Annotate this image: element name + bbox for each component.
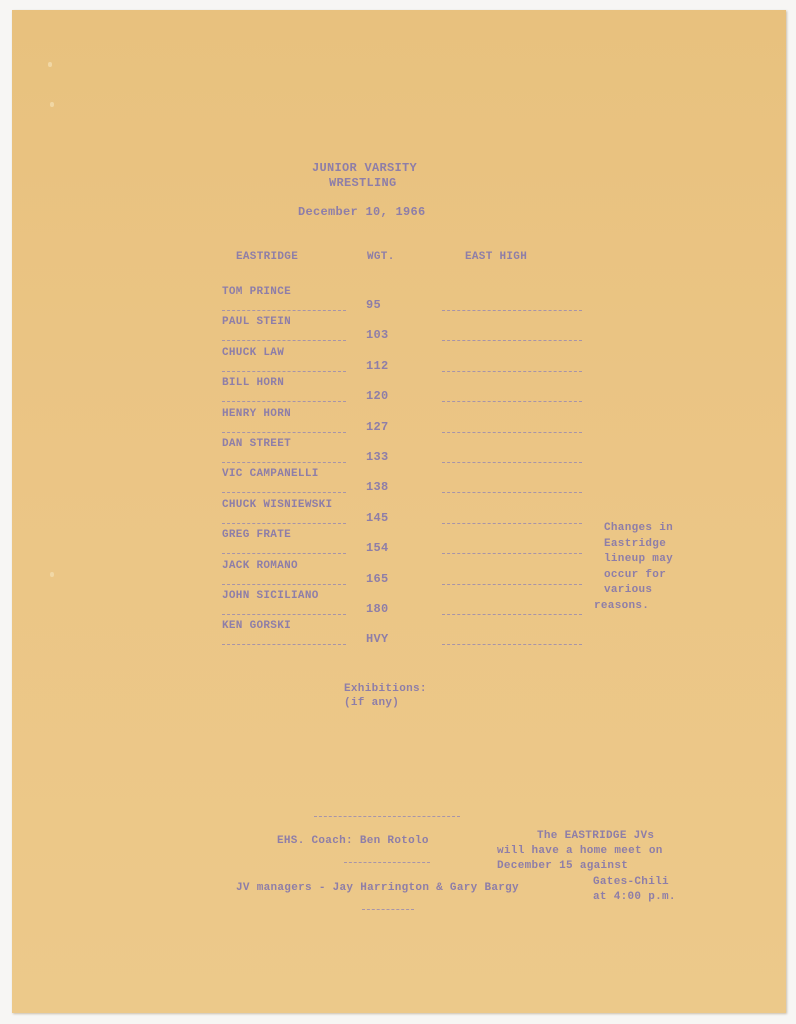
next-meet-line: Gates-Chili [593,876,669,888]
opponent-blank-line [442,401,582,402]
wrestler-name: JOHN SICILIANO [222,590,319,602]
side-note-line: reasons. [594,600,649,612]
side-note-line: various [604,584,652,596]
name-underline [222,614,346,615]
side-note-line: occur for [604,569,666,581]
punch-mark [48,62,52,67]
opponent-blank-line [442,553,582,554]
wrestler-name: TOM PRINCE [222,286,291,298]
next-meet-line: will have a home meet on [497,845,663,857]
weight-class: 103 [366,328,389,342]
column-header-weight: WGT. [367,251,395,263]
managers-line: JV managers - Jay Harrington & Gary Barg… [236,882,519,894]
name-underline [222,584,346,585]
name-underline [222,401,346,402]
side-note-line: Eastridge [604,538,666,550]
weight-class: 154 [366,541,389,555]
exhibitions-sub: (if any) [344,697,399,709]
punch-mark [50,102,54,107]
weight-class: 95 [366,298,381,312]
coach-line: EHS. Coach: Ben Rotolo [277,835,429,847]
opponent-blank-line [442,462,582,463]
wrestler-name: BILL HORN [222,377,284,389]
opponent-blank-line [442,614,582,615]
next-meet-line: at 4:00 p.m. [593,891,676,903]
opponent-blank-line [442,492,582,493]
wrestler-name: CHUCK WISNIEWSKI [222,499,332,511]
name-underline [222,310,346,311]
side-note-line: Changes in [604,522,673,534]
wrestler-name: GREG FRATE [222,529,291,541]
next-meet-line: The EASTRIDGE JVs [537,830,654,842]
opponent-blank-line [442,523,582,524]
name-underline [222,432,346,433]
signature-line [314,816,460,817]
weight-class: HVY [366,632,389,646]
wrestler-name: JACK ROMANO [222,560,298,572]
weight-class: 180 [366,602,389,616]
weight-class: 127 [366,420,389,434]
name-underline [222,492,346,493]
wrestler-name: HENRY HORN [222,408,291,420]
divider [344,862,430,863]
wrestler-name: DAN STREET [222,438,291,450]
weight-class: 145 [366,511,389,525]
opponent-blank-line [442,644,582,645]
wrestler-name: KEN GORSKI [222,620,291,632]
opponent-blank-line [442,584,582,585]
name-underline [222,523,346,524]
name-underline [222,553,346,554]
name-underline [222,340,346,341]
opponent-blank-line [442,340,582,341]
exhibitions-label: Exhibitions: [344,683,427,695]
weight-class: 165 [366,572,389,586]
weight-class: 120 [366,389,389,403]
name-underline [222,644,346,645]
weight-class: 138 [366,480,389,494]
wrestler-name: PAUL STEIN [222,316,291,328]
weight-class: 112 [366,359,389,373]
opponent-blank-line [442,432,582,433]
weight-class: 133 [366,450,389,464]
wrestler-name: CHUCK LAW [222,347,284,359]
next-meet-line: December 15 against [497,860,628,872]
side-note-line: lineup may [604,553,673,565]
divider [362,909,414,910]
name-underline [222,462,346,463]
title-line-1: JUNIOR VARSITY [312,161,417,175]
column-header-east-high: EAST HIGH [465,251,527,263]
name-underline [222,371,346,372]
column-header-eastridge: EASTRIDGE [236,251,298,263]
document-date: December 10, 1966 [298,205,426,219]
opponent-blank-line [442,310,582,311]
punch-mark [50,572,54,577]
title-line-2: WRESTLING [329,176,397,190]
wrestler-name: VIC CAMPANELLI [222,468,319,480]
opponent-blank-line [442,371,582,372]
